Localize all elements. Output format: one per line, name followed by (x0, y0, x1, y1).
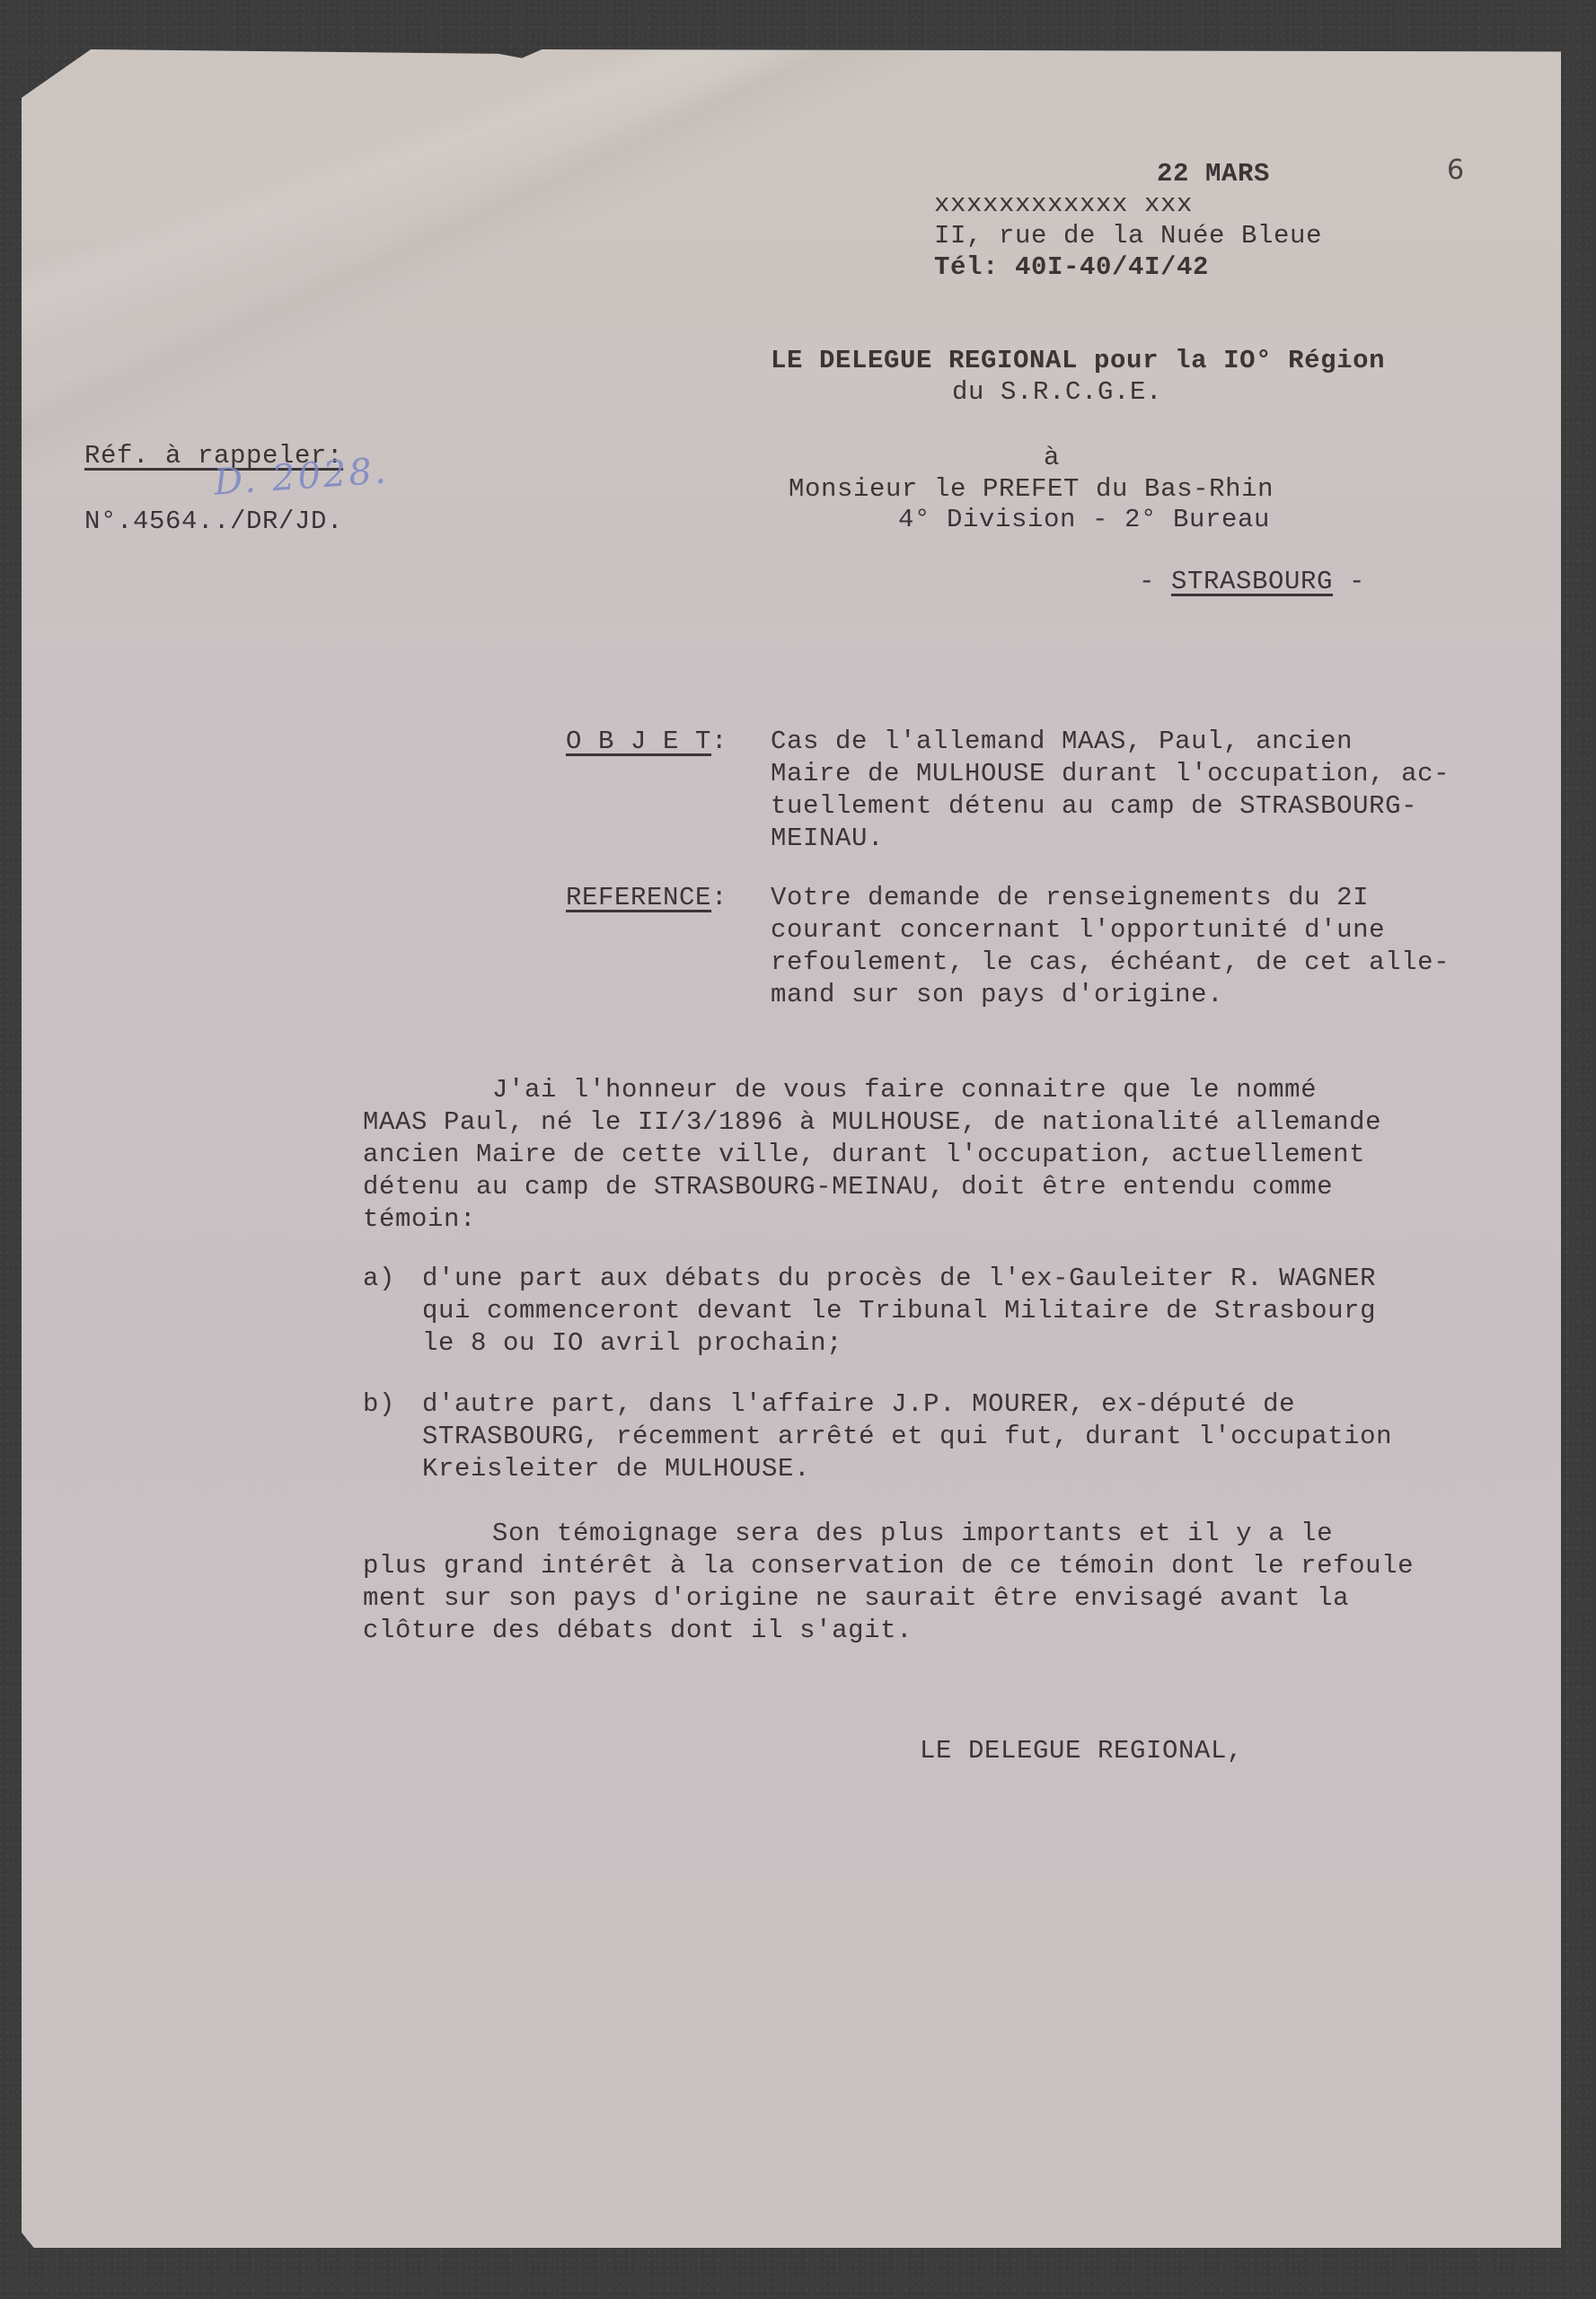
recipient-line1: Monsieur le PREFET du Bas-Rhin (789, 473, 1274, 506)
body-line: plus grand intérêt à la conservation de … (363, 1550, 1414, 1582)
objet-line: tuellement détenu au camp de STRASBOURG- (771, 790, 1417, 823)
list-line: STRASBOURG, récemment arrêté et qui fut,… (422, 1421, 1392, 1453)
body-line: clôture des débats dont il s'agit. (363, 1615, 913, 1647)
reference-label-wrap: REFERENCE: (566, 882, 727, 914)
objet-line: MEINAU. (771, 823, 884, 855)
objet-colon: : (711, 727, 727, 756)
reference-line: refoulement, le cas, échéant, de cet all… (771, 947, 1450, 979)
list-line: Kreisleiter de MULHOUSE. (422, 1453, 810, 1485)
letter-date: 22 MARS (1157, 158, 1270, 190)
list-line: d'autre part, dans l'affaire J.P. MOURER… (422, 1388, 1295, 1421)
reference-line: courant concernant l'opportunité d'une (771, 914, 1385, 947)
sender-title: LE DELEGUE REGIONAL pour la IO° Région (771, 345, 1385, 377)
list-marker: a) (363, 1263, 395, 1295)
reference-number: N°.4564../DR/JD. (84, 506, 343, 538)
body-line: détenu au camp de STRASBOURG-MEINAU, doi… (363, 1171, 1333, 1203)
objet-label: O B J E T (566, 727, 711, 756)
page-number: 6 (1447, 154, 1464, 186)
body-line: ancien Maire de cette ville, durant l'oc… (363, 1139, 1365, 1171)
list-line: d'une part aux débats du procès de l'ex-… (422, 1263, 1376, 1295)
objet-line: Cas de l'allemand MAAS, Paul, ancien (771, 726, 1353, 758)
reference-line: mand sur son pays d'origine. (771, 979, 1223, 1011)
signature: LE DELEGUE REGIONAL, (920, 1735, 1243, 1767)
body-line: témoin: (363, 1203, 476, 1236)
body-line: MAAS Paul, né le II/3/1896 à MULHOUSE, d… (363, 1106, 1381, 1139)
list-line: le 8 ou IO avril prochain; (422, 1327, 842, 1360)
city-suffix: - (1333, 567, 1365, 596)
recipient-city: - STRASBOURG - (1139, 566, 1365, 598)
sender-address: II, rue de la Nuée Bleue (934, 220, 1322, 252)
body-line: Son témoignage sera des plus importants … (363, 1518, 1333, 1550)
list-line: qui commenceront devant le Tribunal Mili… (422, 1295, 1376, 1327)
city-name: STRASBOURG (1171, 567, 1333, 596)
sender-phone: Tél: 40I-40/4I/42 (934, 251, 1209, 284)
recipient-line2: 4° Division - 2° Bureau (898, 504, 1270, 536)
list-marker: b) (363, 1388, 395, 1421)
objet-line: Maire de MULHOUSE durant l'occupation, a… (771, 758, 1450, 790)
sender-organization: du S.R.C.G.E. (952, 376, 1162, 409)
reference-line: Votre demande de renseignements du 2I (771, 882, 1369, 914)
body-line: ment sur son pays d'origine ne saurait ê… (363, 1582, 1349, 1615)
body-line: J'ai l'honneur de vous faire connaitre q… (363, 1074, 1317, 1106)
objet-label-wrap: O B J E T: (566, 726, 727, 758)
city-prefix: - (1139, 567, 1171, 596)
reference-heading: REFERENCE (566, 883, 711, 912)
struck-line: xxxxxxxxxxxx xxx (934, 189, 1193, 221)
recipient-to: à (1044, 442, 1060, 474)
reference-colon: : (711, 883, 727, 912)
